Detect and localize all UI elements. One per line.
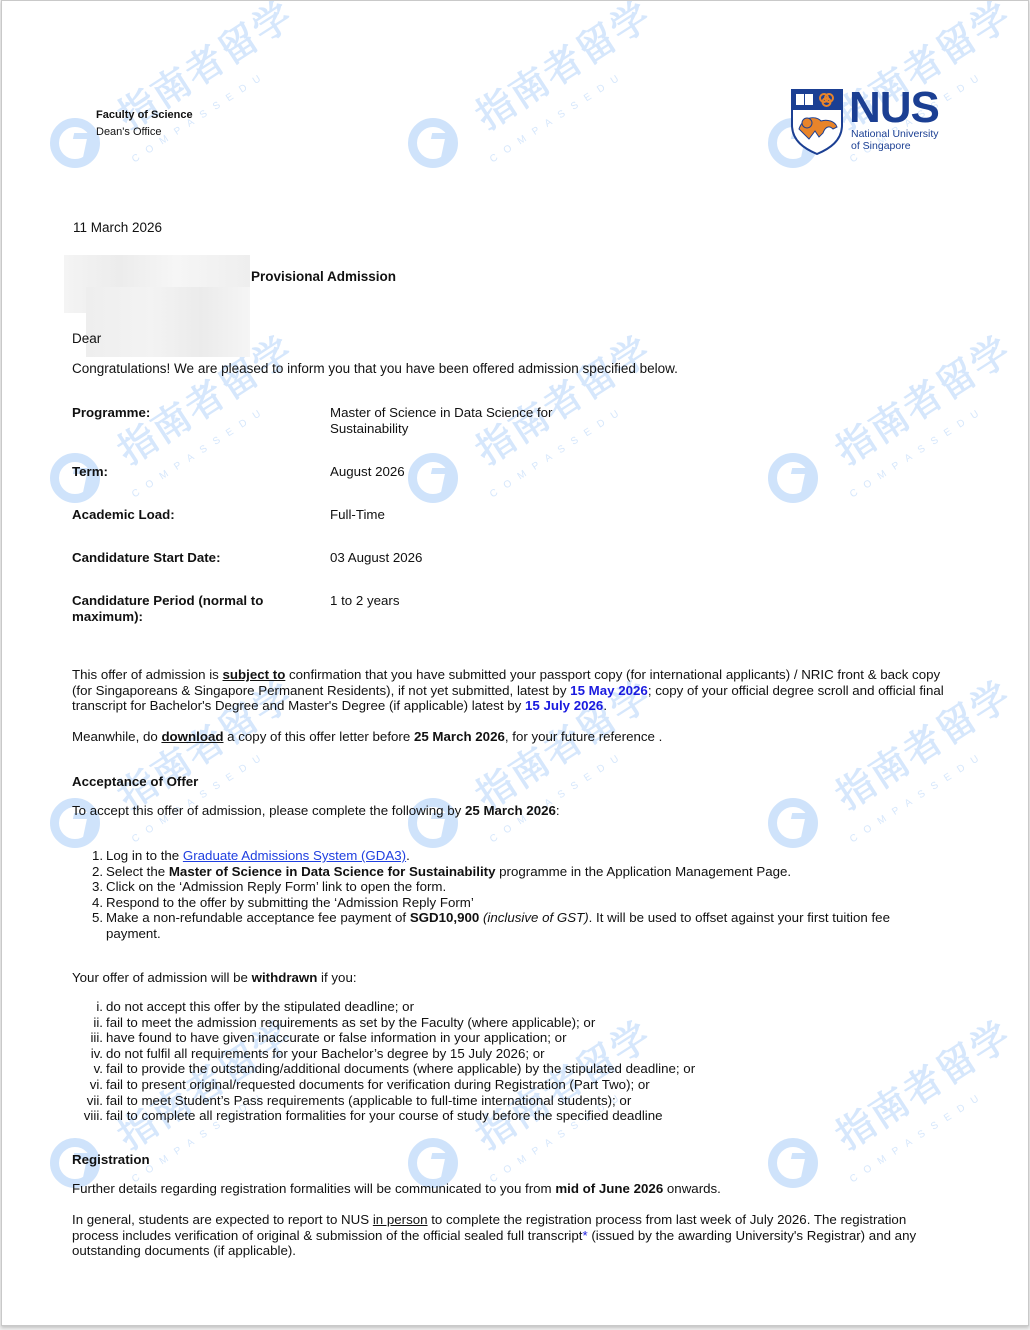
list-item: 2.Select the Master of Science in Data S… (72, 864, 922, 880)
passport-deadline: 15 May 2026 (570, 683, 648, 698)
start-date-value: 03 August 2026 (330, 550, 590, 566)
redacted-address (86, 287, 250, 357)
registration-details: Further details regarding registration f… (72, 1181, 952, 1197)
conditions-paragraph: This offer of admission is subject to co… (72, 667, 952, 714)
offer-letter-page: 指南者留学 COMPASSEDU 指南者留学 COMPASSEDU 指南者留学 … (1, 0, 1029, 1326)
list-item: 4.Respond to the offer by submitting the… (72, 895, 922, 911)
registration-heading: Registration (72, 1152, 952, 1168)
list-item: i.do not accept this offer by the stipul… (72, 999, 922, 1015)
registration-process: In general, students are expected to rep… (72, 1212, 952, 1259)
letter-subject: Provisional Admission (251, 269, 396, 284)
transcript-deadline: 15 July 2026 (525, 698, 603, 713)
watermark: 指南者留学 COMPASSEDU (408, 56, 628, 206)
list-item: iv.do not fulfil all requirements for yo… (72, 1046, 922, 1062)
watermark-logo-icon (768, 453, 818, 503)
intro-text: Congratulations! We are pleased to infor… (72, 361, 678, 376)
acceptance-heading: Acceptance of Offer (72, 774, 952, 790)
withdrawal-intro: Your offer of admission will be withdraw… (72, 970, 952, 986)
term-label: Term: (72, 464, 292, 480)
nus-wordmark: NUS (849, 83, 939, 133)
list-item: 5.Make a non-refundable acceptance fee p… (72, 910, 922, 941)
list-item: viii.fail to complete all registration f… (72, 1108, 922, 1124)
gda3-link[interactable]: Graduate Admissions System (GDA3) (183, 848, 406, 863)
acceptance-intro: To accept this offer of admission, pleas… (72, 803, 952, 819)
salutation: Dear (72, 331, 101, 346)
office-name: Dean's Office (96, 126, 161, 138)
letter-date: 11 March 2026 (73, 220, 162, 235)
list-item: v.fail to provide the outstanding/additi… (72, 1061, 922, 1077)
withdrawal-conditions: i.do not accept this offer by the stipul… (72, 999, 922, 1124)
nus-crest-icon (791, 89, 843, 155)
nus-logo: NUS National University of Singapore (791, 89, 951, 161)
watermark-logo-icon (408, 118, 458, 168)
download-reminder: Meanwhile, do download a copy of this of… (72, 729, 952, 745)
list-item: 1.Log in to the Graduate Admissions Syst… (72, 848, 922, 864)
acceptance-steps: 1.Log in to the Graduate Admissions Syst… (72, 848, 922, 942)
watermark-logo-icon (50, 118, 100, 168)
academic-load-value: Full-Time (330, 507, 590, 523)
list-item: vii.fail to meet Student’s Pass requirem… (72, 1093, 922, 1109)
list-item: iii.have found to have given inaccurate … (72, 1030, 922, 1046)
academic-load-label: Academic Load: (72, 507, 292, 523)
candidature-period-label: Candidature Period (normal to maximum): (72, 593, 287, 624)
candidature-period-value: 1 to 2 years (330, 593, 590, 609)
term-value: August 2026 (330, 464, 590, 480)
list-item: ii.fail to meet the admission requiremen… (72, 1015, 922, 1031)
programme-value: Master of Science in Data Science for Su… (330, 405, 570, 436)
faculty-name: Faculty of Science (96, 109, 193, 121)
watermark: 指南者留学 COMPASSEDU (768, 391, 988, 541)
list-item: vi.fail to present original/requested do… (72, 1077, 922, 1093)
list-item: 3.Click on the ‘Admission Reply Form’ li… (72, 879, 922, 895)
start-date-label: Candidature Start Date: (72, 550, 292, 566)
programme-label: Programme: (72, 405, 292, 421)
